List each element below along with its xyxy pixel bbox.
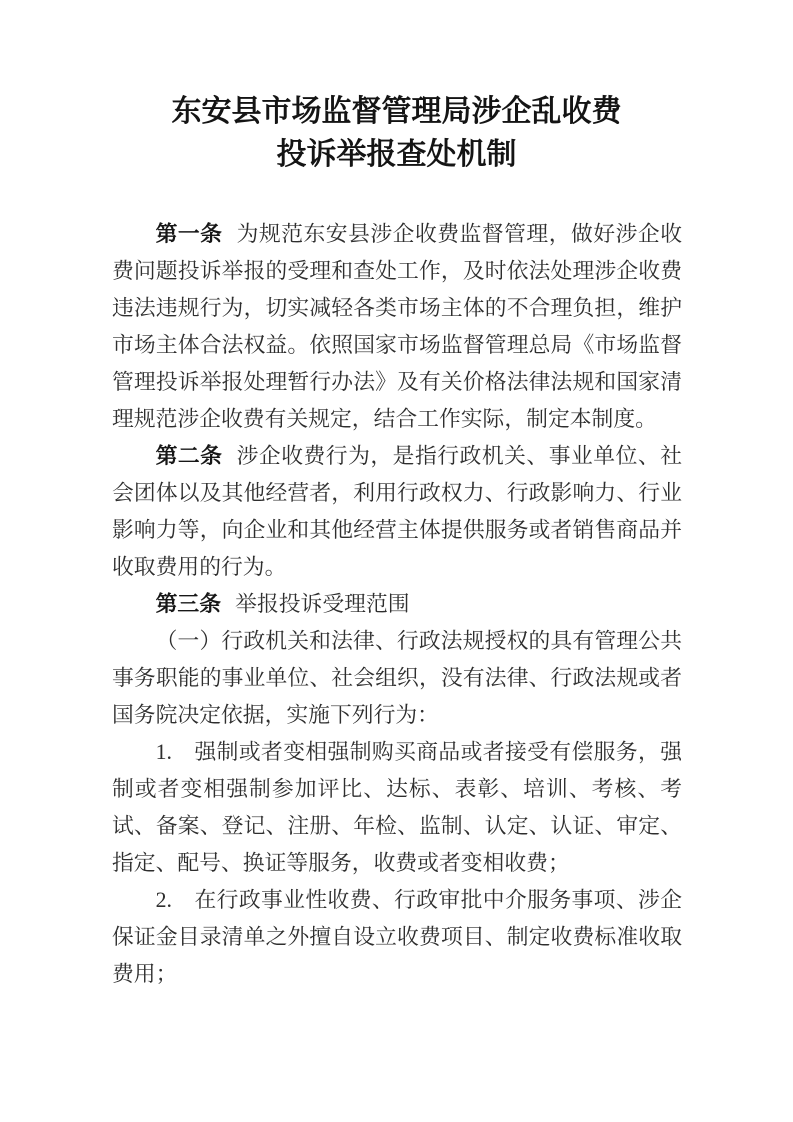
- clause-1-text: （一）行政机关和法律、行政法规授权的具有管理公共事务职能的事业单位、社会组织，没…: [112, 629, 682, 727]
- paragraph-article-2: 第二条涉企收费行为，是指行政机关、事业单位、社会团体以及其他经营者，利用行政权力…: [112, 438, 682, 586]
- document-body: 第一条为规范东安县涉企收费监督管理，做好涉企收费问题投诉举报的受理和查处工作，及…: [112, 216, 682, 993]
- document-title-line2: 投诉举报查处机制: [0, 133, 793, 176]
- document-title-line1: 东安县市场监督管理局涉企乱收费: [0, 90, 793, 133]
- item-1-text: 1. 强制或者变相强制购买商品或者接受有偿服务，强制或者变相强制参加评比、达标、…: [112, 740, 682, 875]
- paragraph-article-3: 第三条举报投诉受理范围: [112, 586, 682, 623]
- article-3-text: 举报投诉受理范围: [235, 592, 409, 616]
- document-page: 东安县市场监督管理局涉企乱收费 投诉举报查处机制 第一条为规范东安县涉企收费监督…: [0, 0, 793, 1122]
- paragraph-item-1: 1. 强制或者变相强制购买商品或者接受有偿服务，强制或者变相强制参加评比、达标、…: [112, 734, 682, 882]
- document-title: 东安县市场监督管理局涉企乱收费 投诉举报查处机制: [0, 90, 793, 176]
- article-2-label: 第二条: [156, 444, 223, 468]
- article-3-label: 第三条: [156, 592, 221, 616]
- paragraph-item-2: 2. 在行政事业性收费、行政审批中介服务事项、涉企保证金目录清单之外擅自设立收费…: [112, 882, 682, 993]
- article-1-text: 为规范东安县涉企收费监督管理，做好涉企收费问题投诉举报的受理和查处工作，及时依法…: [112, 222, 682, 431]
- paragraph-article-1: 第一条为规范东安县涉企收费监督管理，做好涉企收费问题投诉举报的受理和查处工作，及…: [112, 216, 682, 438]
- article-1-label: 第一条: [156, 222, 223, 246]
- paragraph-clause-1: （一）行政机关和法律、行政法规授权的具有管理公共事务职能的事业单位、社会组织，没…: [112, 623, 682, 734]
- item-2-text: 2. 在行政事业性收费、行政审批中介服务事项、涉企保证金目录清单之外擅自设立收费…: [112, 888, 682, 986]
